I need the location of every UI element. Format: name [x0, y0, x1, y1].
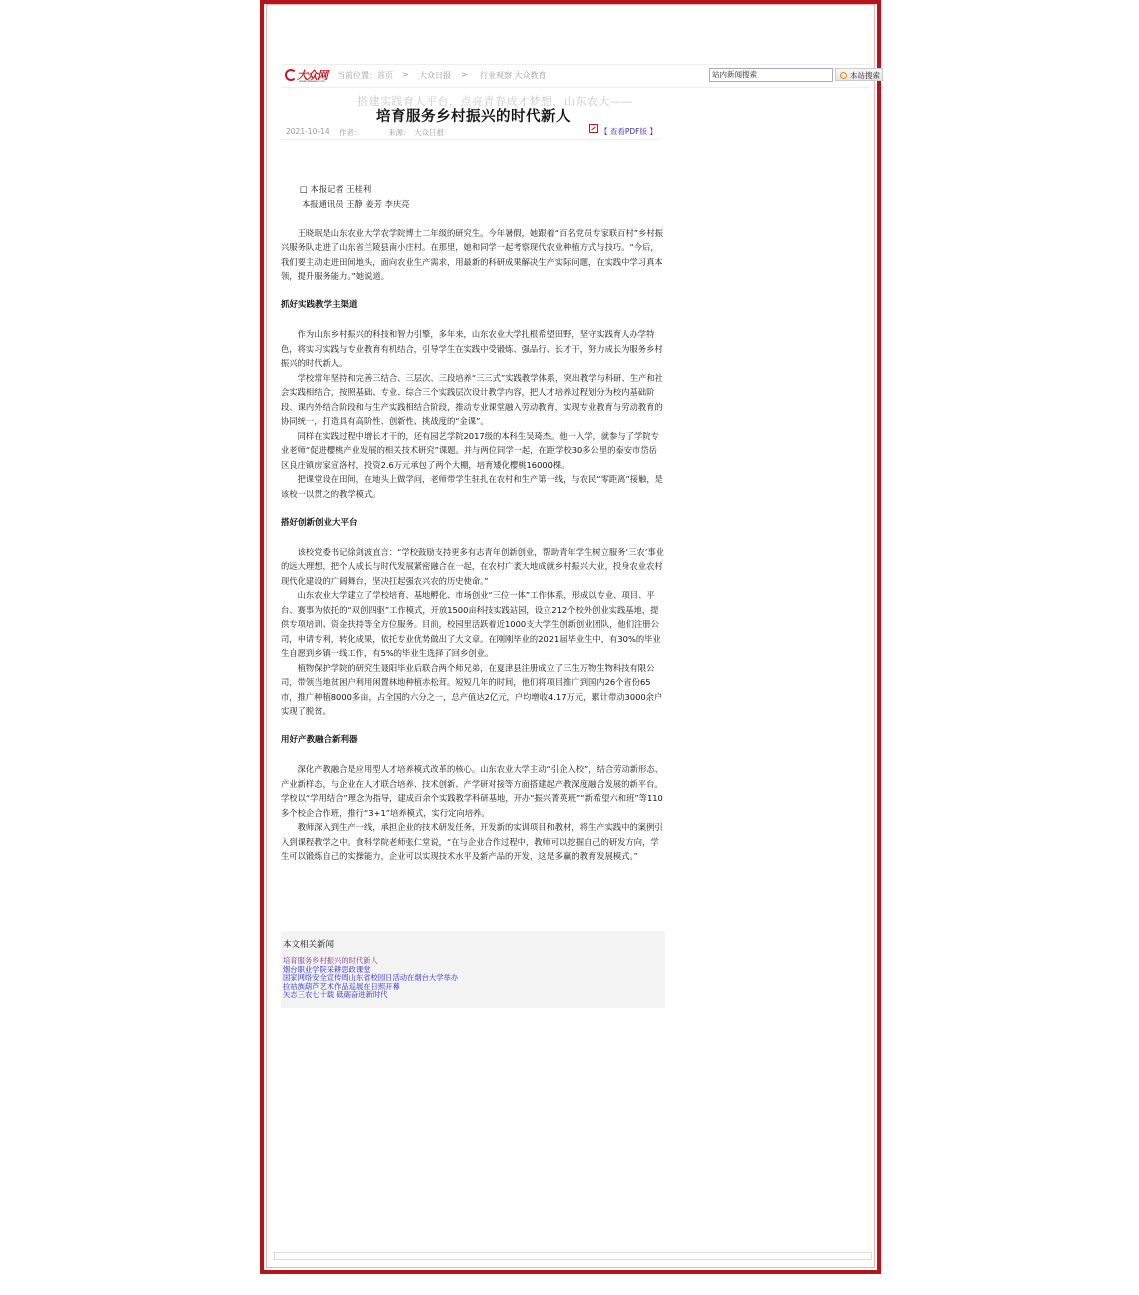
breadcrumb-separator: >	[402, 70, 409, 79]
byline-correspondents: 本报通讯员 王静 姜芳 李庆亮	[281, 197, 665, 212]
page-frame: 大众网 www.dzwww.com 当前位置： 首页 > 大众日报 > 行业观察…	[260, 0, 881, 1274]
related-news-box: 本文相关新闻 培育服务乡村振兴的时代新人 烟台职业学院采耕思政课堂 国家网络安全…	[281, 931, 665, 1008]
section-heading: 搭好创新创业大平台	[281, 516, 665, 531]
article-paragraph: 把课堂设在田间，在地头上做学问，老师带学生驻扎在农村和生产第一线，与农民“零距离…	[281, 472, 665, 501]
search-button-label: 本站搜索	[850, 71, 880, 80]
breadcrumb-label: 当前位置：	[337, 70, 377, 81]
article-paragraph: 作为山东乡村振兴的科技和智力引擎，多年来，山东农业大学扎根希望田野，坚守实践育人…	[281, 327, 665, 371]
article-paragraph: 山东农业大学建立了学校培育、基地孵化、市场创业“三位一体”工作体系，形成以专业、…	[281, 588, 665, 661]
article-paragraph: 植物保护学院的研究生聂阳毕业后联合两个师兄弟，在夏津县注册成立了三生万物生物科技…	[281, 661, 665, 719]
byline-reporter: □ 本报记者 王桂利	[281, 182, 665, 197]
related-news-list: 培育服务乡村振兴的时代新人 烟台职业学院采耕思政课堂 国家网络安全宣传周山东省校…	[283, 957, 458, 1000]
section-heading: 抓好实践教学主渠道	[281, 298, 665, 313]
article-date: 2021-10-14	[286, 127, 330, 136]
related-news-title: 本文相关新闻	[283, 938, 334, 950]
article-source: 大众日报	[414, 127, 444, 138]
article-body: □ 本报记者 王桂利 本报通讯员 王静 姜芳 李庆亮 王晓珉是山东农业大学农学院…	[281, 182, 665, 864]
footer-bar	[274, 1252, 872, 1260]
article-intro: 王晓珉是山东农业大学农学院博士二年级的研究生。今年暑假，她跟着“百名党员专家联百…	[281, 226, 665, 284]
meta-divider	[281, 139, 661, 140]
article-source-label: 来源：	[388, 127, 411, 138]
view-pdf-link[interactable]: 【 查看PDF版 】	[600, 126, 657, 137]
site-search-button[interactable]: 本站搜索	[835, 68, 883, 81]
article-paragraph: 学校常年坚持和完善三结合、三层次、三段培养“三三式”实践教学体系，突出教学与科研…	[281, 371, 665, 429]
related-news-link[interactable]: 矢志三农七十载 砥砺奋进新时代	[283, 991, 458, 1000]
breadcrumb-dazhong-daily[interactable]: 大众日报	[419, 70, 451, 81]
pdf-icon[interactable]	[589, 124, 598, 133]
article-paragraph: 教师深入到生产一线，承担企业的技术研发任务，开发新的实训项目和教材，将生产实践中…	[281, 820, 665, 864]
article-paragraph: 该校党委书记徐剑波直言：“学校鼓励支持更多有志青年创新创业，帮助青年学生树立服务…	[281, 545, 665, 589]
article-paragraph: 深化产教融合是应用型人才培养模式改革的核心。山东农业大学主动“引企入校”，结合劳…	[281, 762, 665, 820]
breadcrumb-separator: >	[461, 70, 468, 79]
article-author-label: 作者：	[339, 127, 362, 138]
breadcrumb-education[interactable]: 行业观察 大众教育	[480, 70, 547, 81]
logo-subtext: www.dzwww.com	[299, 79, 325, 83]
breadcrumb-home[interactable]: 首页	[377, 70, 393, 81]
search-icon	[840, 72, 847, 79]
site-logo[interactable]: 大众网 www.dzwww.com	[285, 68, 327, 83]
top-nav-bar: 大众网 www.dzwww.com 当前位置： 首页 > 大众日报 > 行业观察…	[281, 64, 869, 88]
site-search-input[interactable]	[709, 68, 833, 82]
article-paragraph: 同样在实践过程中增长才干的，还有园艺学院2017级的本科生吴琦杰。他一入学，就参…	[281, 429, 665, 473]
article-title: 培育服务乡村振兴的时代新人	[376, 105, 571, 126]
section-heading: 用好产教融合新利器	[281, 733, 665, 748]
logo-swirl-icon	[285, 69, 297, 81]
